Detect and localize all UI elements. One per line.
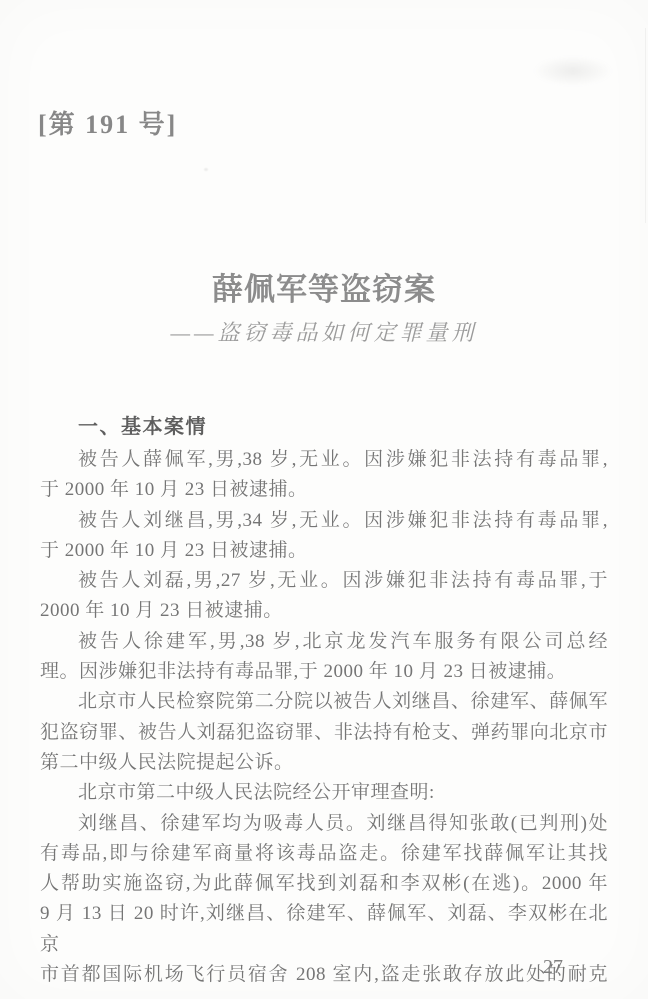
section-heading: 一、基本案情 [78,410,207,439]
case-number: [第 191 号] [38,104,177,141]
body-line: 北京市人民检察院第二分院以被告人刘继昌、徐建军、薛佩军 [40,687,608,717]
body-line: 于 2000 年 10 月 23 日被逮捕。 [40,475,608,505]
body-line: 被告人刘继昌,男,34 岁,无业。因涉嫌犯非法持有毒品罪, [40,506,608,536]
scan-speck-artifact [204,168,208,171]
body-line: 刘继昌、徐建军均为吸毒人员。刘继昌得知张敢(已判刑)处 [40,809,608,839]
body-line: 第二中级人民法院提起公诉。 [40,748,608,778]
scan-smudge-artifact [533,56,613,86]
body-line: 市首都国际机场飞行员宿舍 208 室内,盗走张敢存放此处的耐克 [40,960,608,990]
body-line: 理。因涉嫌犯非法持有毒品罪,于 2000 年 10 月 23 日被逮捕。 [40,657,608,687]
body-line: 有毒品,即与徐建军商量将该毒品盗走。徐建军找薛佩军让其找 [40,839,608,869]
case-subtitle: ——盗窃毒品如何定罪量刑 [0,316,648,347]
scan-edge-artifact [645,28,646,223]
body-text: 被告人薛佩军,男,38 岁,无业。因涉嫌犯非法持有毒品罪,于 2000 年 10… [40,445,608,990]
body-line: 于 2000 年 10 月 23 日被逮捕。 [40,536,608,566]
body-line: 9 月 13 日 20 时许,刘继昌、徐建军、薛佩军、刘磊、李双彬在北京 [40,899,608,960]
body-line: 被告人徐建军,男,38 岁,北京龙发汽车服务有限公司总经 [40,627,608,657]
body-line: 被告人刘磊,男,27 岁,无业。因涉嫌犯非法持有毒品罪,于 [40,566,608,596]
body-line: 2000 年 10 月 23 日被逮捕。 [40,596,608,626]
page-number: 27 [543,956,563,979]
body-line: 被告人薛佩军,男,38 岁,无业。因涉嫌犯非法持有毒品罪, [40,445,608,475]
document-page: [第 191 号] 薛佩军等盗窃案 ——盗窃毒品如何定罪量刑 一、基本案情 被告… [0,0,648,999]
body-line: 犯盗窃罪、被告人刘磊犯盗窃罪、非法持有枪支、弹药罪向北京市 [40,718,608,748]
body-line: 人帮助实施盗窃,为此薛佩军找到刘磊和李双彬(在逃)。2000 年 [40,869,608,899]
case-title: 薛佩军等盗窃案 [0,264,648,309]
body-line: 北京市第二中级人民法院经公开审理查明: [40,778,608,808]
